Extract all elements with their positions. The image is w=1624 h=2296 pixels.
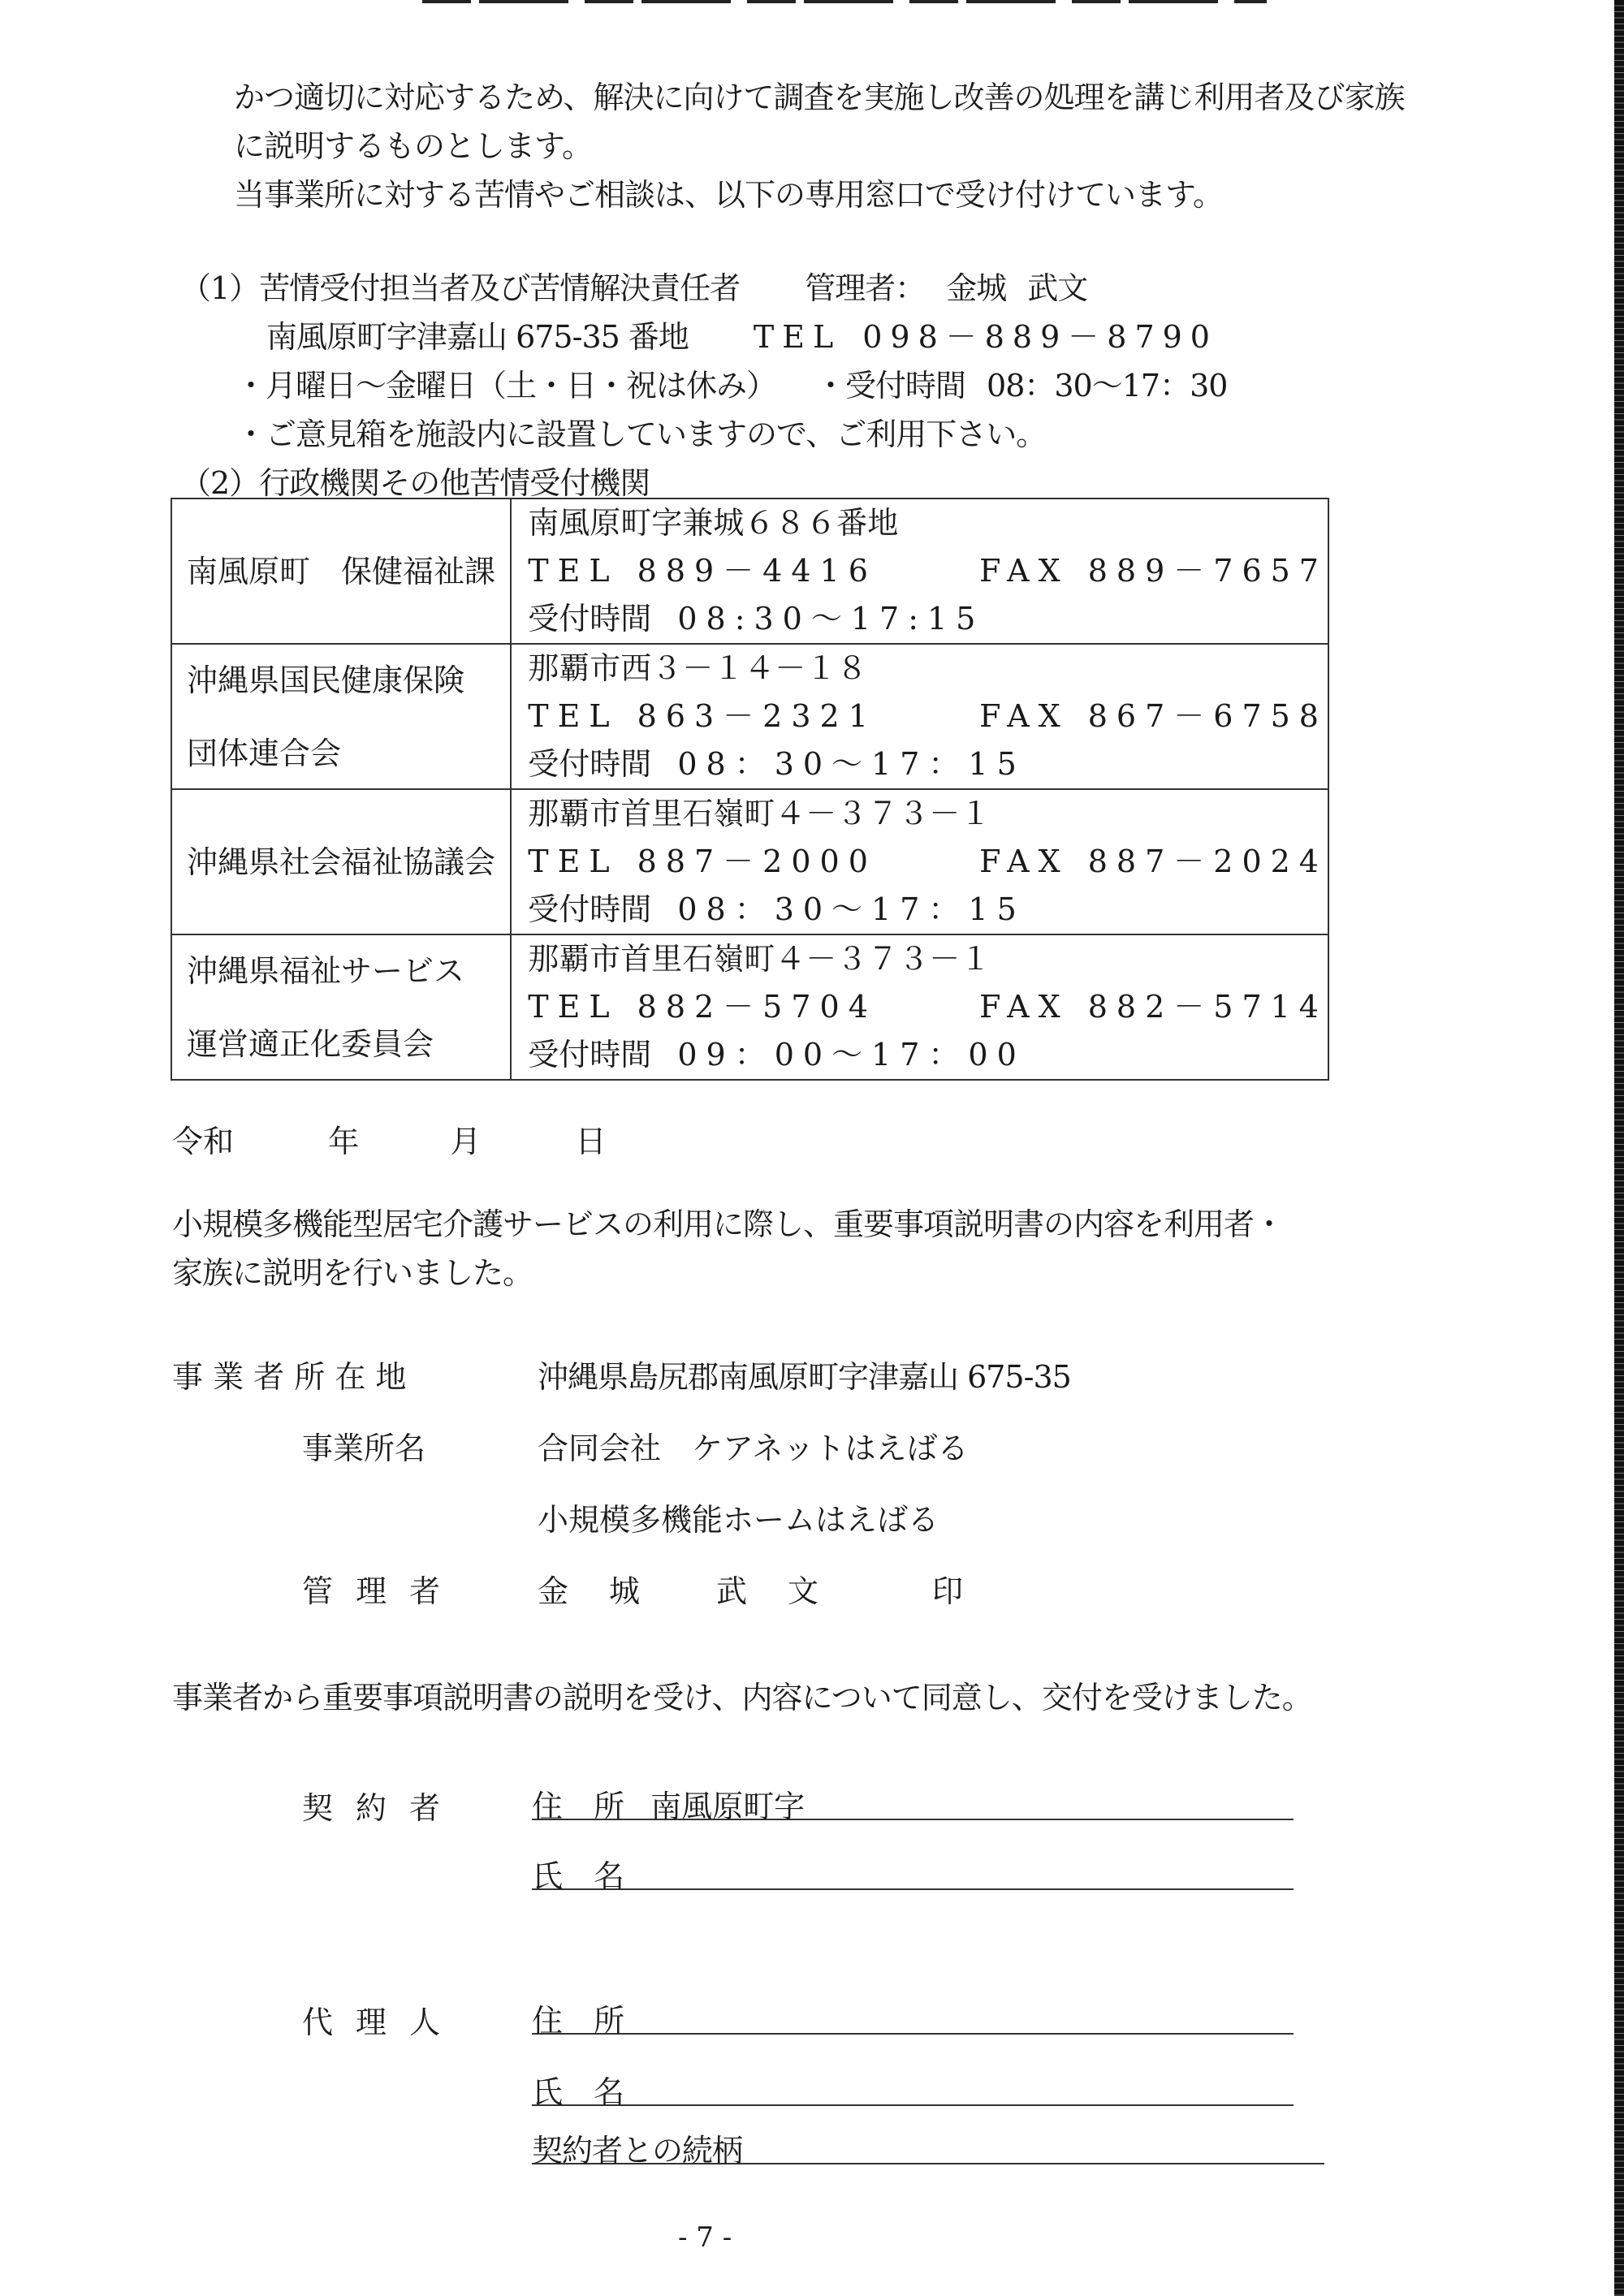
agency-name: 運営適正化委員会 [187, 1020, 510, 1068]
date-year-label: 年 [328, 1116, 359, 1161]
fax-label: FAX [979, 844, 1069, 879]
fax-label: FAX [979, 698, 1069, 734]
scan-artifact-right [1614, 0, 1624, 2296]
agency-address: 那覇市首里石嶺町４－３７３－１ [528, 935, 1328, 983]
table-row: 南風原町 保健福祉課 南風原町字兼城６８６番地 TEL 889－4416 FAX… [171, 498, 1328, 644]
fax-number: 889－7657 [1088, 553, 1328, 589]
section-1-contact: 南風原町字津嘉山 675-35 番地 TEL 098－889－8790 [180, 313, 1227, 361]
agency-name: 沖縄県国民健康保険 [187, 656, 510, 705]
section-1-note: ・ご意見箱を施設内に設置していますので、ご利用下さい。 [180, 410, 1227, 459]
date-era: 令和 [172, 1116, 234, 1161]
office-facility: 小規模多機能ホームはえばる [538, 1495, 939, 1539]
page-number: - 7 - [678, 2221, 732, 2254]
date-day-label: 日 [576, 1116, 607, 1161]
agent-name-field[interactable]: 氏 名 [532, 2067, 1294, 2106]
agency-name-cell: 南風原町 保健福祉課 [171, 498, 511, 644]
agency-phone-line: TEL 887－2000 FAX 887－2024 [528, 838, 1328, 886]
agent-address-label: 住 所 [532, 2003, 624, 2039]
business-days: ・月曜日～金曜日（土・日・祝は休み） [235, 361, 776, 410]
tel-number: 882－5704 [637, 989, 877, 1025]
explanation-line: 小規模多機能型居宅介護サービスの利用に際し、重要事項説明書の内容を利用者・ [172, 1200, 1284, 1249]
tel-number: 863－2321 [637, 698, 877, 734]
manager-label: 管理者： [805, 264, 925, 313]
scan-artifact-top [422, 0, 1267, 3]
fax-number: 867－6758 [1088, 698, 1328, 734]
manager-name: 金 城 武 文 [538, 1566, 823, 1611]
agent-label: 代理人 [302, 1997, 463, 2042]
hours-value: 08:30～17:15 [677, 601, 984, 637]
manager-given-name: 武文 [1027, 264, 1087, 313]
agency-info-cell: 那覇市首里石嶺町４－３７３－１ TEL 882－5704 FAX 882－571… [511, 934, 1328, 1080]
date-month-label: 月 [450, 1116, 481, 1161]
manager-label: 管 理 者 [302, 1566, 447, 1611]
hours-value: 08：30～17：15 [677, 891, 1025, 927]
intro-line: に説明するものとします。 [234, 122, 1405, 170]
section-number: （1） [180, 264, 259, 313]
agency-hours-line: 受付時間 08：30～17：15 [528, 740, 1328, 788]
contractor-address-field[interactable]: 住 所 南風原町字 [532, 1781, 1294, 1820]
agent-relation-label: 契約者との続柄 [532, 2133, 742, 2169]
location-label: 事 業 者 所 在 地 [172, 1352, 406, 1396]
tel-number: 889－4416 [637, 553, 877, 589]
hours-label: 受付時間 [528, 891, 651, 927]
fax-label: FAX [979, 553, 1069, 589]
agency-name: 団体連合会 [187, 729, 510, 778]
agency-phone-line: TEL 882－5704 FAX 882－5714 [528, 983, 1328, 1031]
contractor-address-value: 南風原町字 [650, 1789, 805, 1824]
hours-label: ・受付時間 [815, 361, 965, 410]
contractor-label: 契約者 [302, 1783, 463, 1828]
suggestion-box-note: ・ご意見箱を施設内に設置していますので、ご利用下さい。 [235, 410, 1046, 459]
hours-value: 08：30～17：30 [987, 361, 1227, 410]
agency-name: 南風原町 保健福祉課 [187, 554, 495, 589]
tel-label: TEL [528, 698, 618, 734]
table-row: 沖縄県福祉サービス 運営適正化委員会 那覇市首里石嶺町４－３７３－１ TEL 8… [171, 934, 1328, 1080]
agency-table: 南風原町 保健福祉課 南風原町字兼城６８６番地 TEL 889－4416 FAX… [171, 498, 1329, 1081]
fax-label: FAX [979, 989, 1069, 1025]
agency-phone-line: TEL 863－2321 FAX 867－6758 [528, 693, 1328, 740]
consent-statement: 事業者から重要事項説明書の説明を受け、内容について同意し、交付を受けました。 [172, 1672, 1312, 1717]
agency-info-cell: 南風原町字兼城６８６番地 TEL 889－4416 FAX 889－7657 受… [511, 498, 1328, 644]
office-address: 南風原町字津嘉山 675-35 番地 [266, 313, 689, 361]
section-1-heading: （1） 苦情受付担当者及び苦情解決責任者 管理者： 金城 武文 [180, 264, 1227, 313]
section-1-hours: ・月曜日～金曜日（土・日・祝は休み） ・受付時間 08：30～17：30 [180, 361, 1227, 410]
tel-label: TEL [528, 844, 618, 879]
explanation-paragraph: 小規模多機能型居宅介護サービスの利用に際し、重要事項説明書の内容を利用者・ 家族… [172, 1200, 1284, 1297]
agency-name-cell: 沖縄県社会福祉協議会 [171, 789, 511, 934]
agency-name-cell: 沖縄県福祉サービス 運営適正化委員会 [171, 934, 511, 1080]
agency-hours-line: 受付時間 08:30～17:15 [528, 595, 1328, 643]
seal-mark: 印 [932, 1566, 963, 1611]
agent-address-field[interactable]: 住 所 [532, 1996, 1294, 2035]
agency-address: 那覇市西３－１４－１８ [528, 645, 1328, 693]
tel-label: TEL [528, 553, 618, 589]
tel-number: 887－2000 [637, 844, 877, 879]
agency-hours-line: 受付時間 09：00～17：00 [528, 1031, 1328, 1079]
contractor-name-field[interactable]: 氏 名 [532, 1851, 1294, 1890]
table-row: 沖縄県国民健康保険 団体連合会 那覇市西３－１４－１８ TEL 863－2321… [171, 644, 1328, 789]
agency-name-cell: 沖縄県国民健康保険 団体連合会 [171, 644, 511, 789]
agency-name: 沖縄県社会福祉協議会 [187, 844, 495, 880]
contractor-address-label: 住 所 [532, 1789, 624, 1824]
hours-label: 受付時間 [528, 601, 651, 637]
table-row: 沖縄県社会福祉協議会 那覇市首里石嶺町４－３７３－１ TEL 887－2000 … [171, 789, 1328, 934]
agency-address: 南風原町字兼城６８６番地 [528, 499, 1328, 547]
hours-value: 08：30～17：15 [677, 746, 1025, 782]
agency-address: 那覇市首里石嶺町４－３７３－１ [528, 790, 1328, 838]
agent-relation-field[interactable]: 契約者との続柄 [532, 2126, 1324, 2164]
date-line: 令和 年 月 日 [172, 1116, 607, 1161]
hours-value: 09：00～17：00 [677, 1037, 1025, 1072]
location-value: 沖縄県島尻郡南風原町字津嘉山 675-35 [538, 1352, 1071, 1396]
fax-number: 882－5714 [1088, 989, 1328, 1025]
fax-number: 887－2024 [1088, 844, 1328, 879]
hours-label: 受付時間 [528, 1037, 651, 1072]
intro-line: 当事業所に対する苦情やご相談は、以下の専用窓口で受け付けています。 [234, 170, 1405, 219]
agency-info-cell: 那覇市首里石嶺町４－３７３－１ TEL 887－2000 FAX 887－202… [511, 789, 1328, 934]
section-1: （1） 苦情受付担当者及び苦情解決責任者 管理者： 金城 武文 南風原町字津嘉山… [180, 264, 1227, 507]
intro-paragraph: かつ適切に対応するため、解決に向けて調査を実施し改善の処理を講じ利用者及び家族 … [234, 73, 1405, 219]
tel-number: 098－889－8790 [862, 313, 1218, 361]
contractor-name-label: 氏 名 [532, 1858, 624, 1894]
manager-surname: 金城 [946, 264, 1006, 313]
office-company: 合同会社 ケアネットはえばる [538, 1423, 968, 1468]
explanation-line: 家族に説明を行いました。 [172, 1249, 1284, 1297]
agency-phone-line: TEL 889－4416 FAX 889－7657 [528, 547, 1328, 595]
agency-hours-line: 受付時間 08：30～17：15 [528, 886, 1328, 934]
agent-name-label: 氏 名 [532, 2074, 624, 2110]
agency-info-cell: 那覇市西３－１４－１８ TEL 863－2321 FAX 867－6758 受付… [511, 644, 1328, 789]
hours-label: 受付時間 [528, 746, 651, 782]
section-title: 苦情受付担当者及び苦情解決責任者 [259, 264, 740, 313]
office-name-label: 事業所名 [302, 1423, 425, 1468]
intro-line: かつ適切に対応するため、解決に向けて調査を実施し改善の処理を講じ利用者及び家族 [234, 73, 1405, 122]
tel-label: TEL [528, 989, 618, 1025]
agency-name: 沖縄県福祉サービス [187, 947, 510, 995]
tel-label: TEL [754, 313, 841, 361]
